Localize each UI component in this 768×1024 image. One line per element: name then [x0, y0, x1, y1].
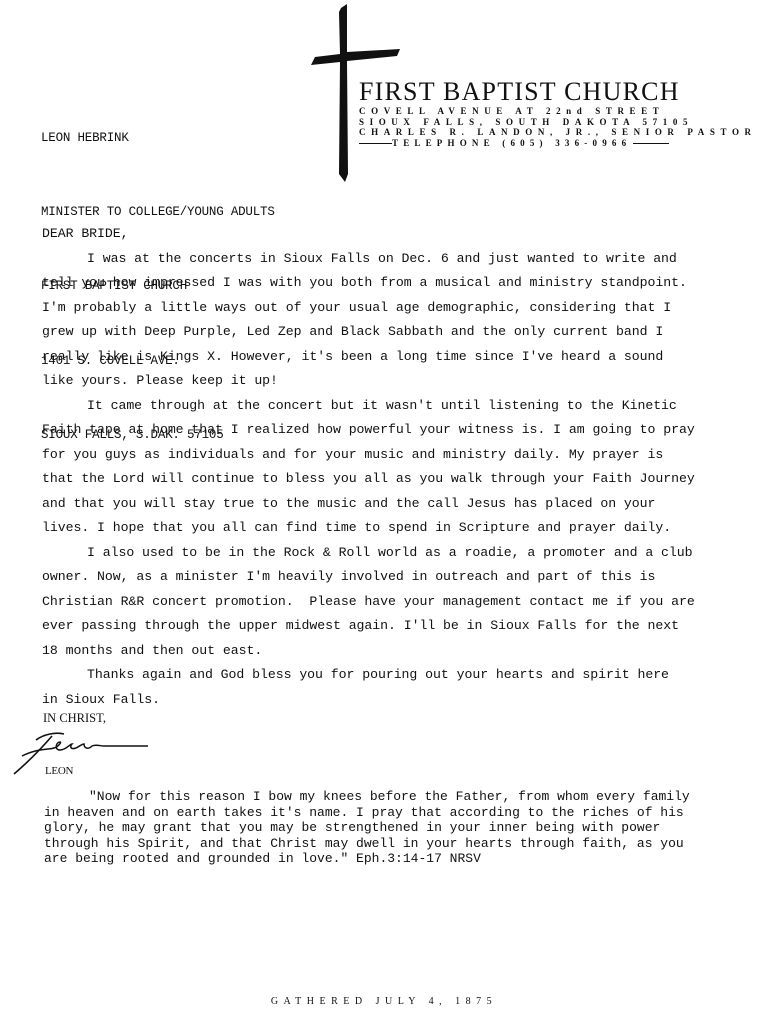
letterhead: FIRST BAPTIST CHURCH COVELL AVENUE AT 22… — [359, 78, 739, 149]
quote-line: are being rooted and grounded in love." … — [44, 851, 744, 867]
paragraph-line: tell you how impressed I was with you bo… — [42, 271, 742, 296]
paragraph-3: I also used to be in the Rock & Roll wor… — [42, 541, 742, 664]
paragraph-line: for you guys as individuals and for your… — [42, 443, 742, 468]
quote-line: through his Spirit, and that Christ may … — [44, 836, 744, 852]
church-address: COVELL AVENUE AT 22nd STREET — [359, 106, 739, 117]
church-name: FIRST BAPTIST CHURCH — [359, 78, 739, 106]
paragraph-line: grew up with Deep Purple, Led Zep and Bl… — [42, 320, 742, 345]
salutation: DEAR BRIDE, — [42, 222, 742, 247]
phone-rule-left — [359, 143, 392, 145]
footer-founding-date: GATHERED JULY 4, 1875 — [0, 996, 768, 1007]
paragraph-4: Thanks again and God bless you for pouri… — [42, 663, 742, 712]
paragraph-line: ever passing through the upper midwest a… — [42, 614, 742, 639]
paragraph-line: Christian R&R concert promotion. Please … — [42, 590, 742, 615]
quote-line: "Now for this reason I bow my knees befo… — [44, 789, 744, 805]
closing: IN CHRIST, — [43, 710, 106, 726]
paragraph-line: owner. Now, as a minister I'm heavily in… — [42, 565, 742, 590]
quote-line: glory, he may grant that you may be stre… — [44, 820, 744, 836]
phone-rule-right — [633, 143, 669, 145]
paragraph-line: I was at the concerts in Sioux Falls on … — [42, 247, 742, 272]
scripture-quote: "Now for this reason I bow my knees befo… — [44, 789, 744, 867]
church-city: SIOUX FALLS, SOUTH DAKOTA 57105 — [359, 117, 739, 128]
paragraph-line: that the Lord will continue to bless you… — [42, 467, 742, 492]
letter-body: DEAR BRIDE, I was at the concerts in Sio… — [42, 222, 742, 712]
senior-pastor: CHARLES R. LANDON, JR., SENIOR PASTOR — [359, 127, 739, 138]
paragraph-line: like yours. Please keep it up! — [42, 369, 742, 394]
paragraph-line: and that you will stay true to the music… — [42, 492, 742, 517]
paragraph-line: Thanks again and God bless you for pouri… — [42, 663, 742, 688]
handwritten-signature-icon — [8, 726, 158, 776]
paragraph-1: I was at the concerts in Sioux Falls on … — [42, 247, 742, 394]
church-phone: TELEPHONE (605) 336-0966 — [392, 138, 631, 149]
sender-name: LEON HEBRINK — [41, 126, 275, 151]
paragraph-line: It came through at the concert but it wa… — [42, 394, 742, 419]
paragraph-line: I'm probably a little ways out of your u… — [42, 296, 742, 321]
church-phone-row: TELEPHONE (605) 336-0966 — [359, 138, 739, 149]
paragraph-line: 18 months and then out east. — [42, 639, 742, 664]
paragraph-line: really like is Kings X. However, it's be… — [42, 345, 742, 370]
paragraph-line: Faith tape at home that I realized how p… — [42, 418, 742, 443]
paragraph-2: It came through at the concert but it wa… — [42, 394, 742, 541]
signer-name: LEON — [45, 765, 73, 777]
paragraph-line: in Sioux Falls. — [42, 688, 742, 713]
paragraph-line: lives. I hope that you all can find time… — [42, 516, 742, 541]
paragraph-line: I also used to be in the Rock & Roll wor… — [42, 541, 742, 566]
quote-line: in heaven and on earth takes it's name. … — [44, 805, 744, 821]
